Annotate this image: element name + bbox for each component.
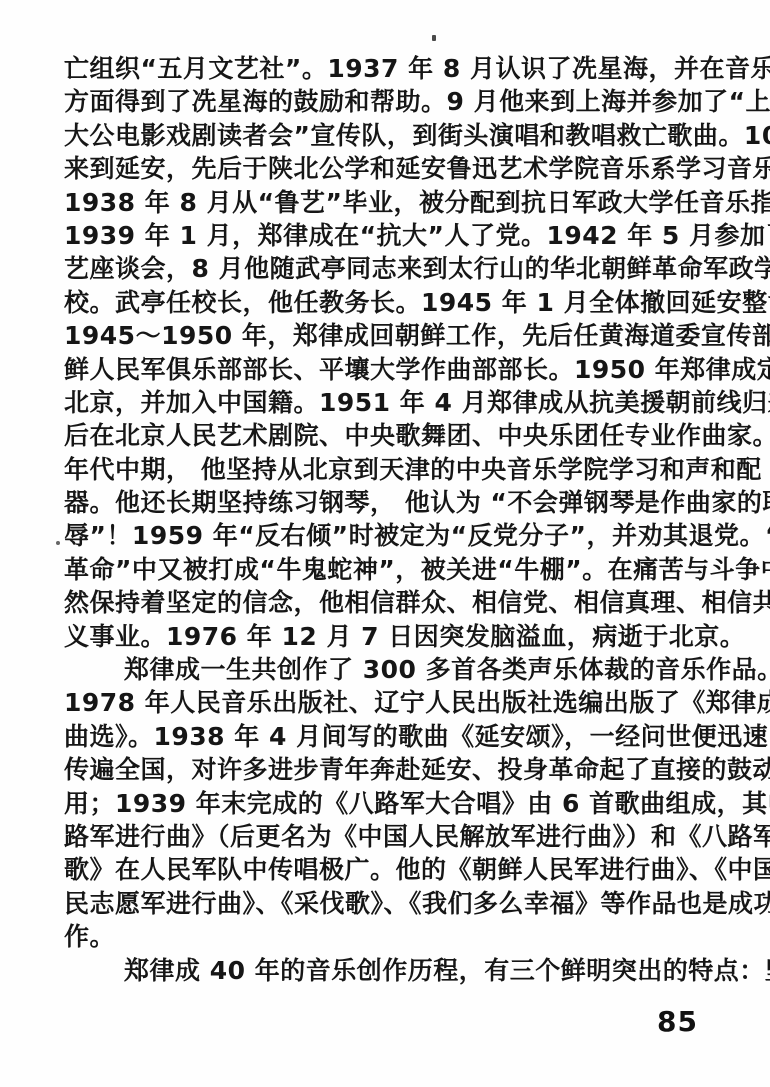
text-line: 校。武亭任校长，他任教务长。1945 年 1 月全体撤回延安整训。 (64, 286, 714, 319)
text-line: 1945～1950 年，郑律成回朝鲜工作，先后任黄海道委宣传部长、朝 (64, 319, 714, 352)
text-line: 郑律成 40 年的音乐创作历程，有三个鲜明突出的特点：坚持 (64, 954, 714, 987)
body-text: 亡组织“五月文艺社”。1937 年 8 月认识了冼星海，并在音乐事业方面得到了冼… (64, 52, 714, 987)
text-line: 用；1939 年末完成的《八路军大合唱》由 6 首歌曲组成，其中的《八 (64, 787, 714, 820)
text-line: 来到延安，先后于陕北公学和延安鲁迅艺术学院音乐系学习音乐， (64, 152, 714, 185)
text-line: 辱”！1959 年“反右倾”时被定为“反党分子”，并劝其退党。“文化大 (64, 519, 714, 552)
scan-artifact (432, 35, 436, 41)
text-line: 北京，并加入中国籍。1951 年 4 月郑律成从抗美援朝前线归来。先 (64, 386, 714, 419)
text-line: 1938 年 8 月从“鲁艺”毕业，被分配到抗日军政大学任音乐指导。 (64, 186, 714, 219)
text-line: 亡组织“五月文艺社”。1937 年 8 月认识了冼星海，并在音乐事业 (64, 52, 714, 85)
page-number: 85 (657, 1005, 698, 1038)
text-line: 作。 (64, 920, 714, 953)
text-line: 1939 年 1 月，郑律成在“抗大”人了党。1942 年 5 月参加了延安文 (64, 219, 714, 252)
paragraph: 郑律成一生共创作了 300 多首各类声乐体裁的音乐作品。1978 年人民音乐出版… (64, 653, 714, 954)
scan-artifact (56, 541, 60, 545)
paragraph: 亡组织“五月文艺社”。1937 年 8 月认识了冼星海，并在音乐事业方面得到了冼… (64, 52, 714, 653)
text-line: 年代中期， 他坚持从北京到天津的中央音乐学院学习和声和配 (64, 453, 714, 486)
text-line: 艺座谈会，8 月他随武亭同志来到太行山的华北朝鲜革命军政学 (64, 252, 714, 285)
text-line: 大公电影戏剧读者会”宣传队，到街头演唱和教唱救亡歌曲。10 月 (64, 119, 714, 152)
text-line: 1978 年人民音乐出版社、辽宁人民出版社选编出版了《郑律成歌 (64, 686, 714, 719)
text-line: 方面得到了冼星海的鼓励和帮助。9 月他来到上海并参加了“上海 (64, 85, 714, 118)
text-line: 曲选》。1938 年 4 月间写的歌曲《延安颂》，一经问世便迅速由延安 (64, 720, 714, 753)
text-line: 民志愿军进行曲》、《采伐歌》、《我们多么幸福》等作品也是成功之 (64, 887, 714, 920)
text-line: 鲜人民军俱乐部部长、平壤大学作曲部部长。1950 年郑律成定居 (64, 353, 714, 386)
document-page: 亡组织“五月文艺社”。1937 年 8 月认识了冼星海，并在音乐事业方面得到了冼… (0, 0, 770, 1087)
paragraph: 郑律成 40 年的音乐创作历程，有三个鲜明突出的特点：坚持 (64, 954, 714, 987)
text-line: 路军进行曲》（后更名为《中国人民解放军进行曲》）和《八路军军 (64, 820, 714, 853)
text-line: 后在北京人民艺术剧院、中央歌舞团、中央乐团任专业作曲家。50 (64, 419, 714, 452)
text-line: 传遍全国，对许多进步青年奔赴延安、投身革命起了直接的鼓动作 (64, 753, 714, 786)
text-line: 革命”中又被打成“牛鬼蛇神”，被关进“牛棚”。在痛苦与斗争中依 (64, 553, 714, 586)
text-line: 器。他还长期坚持练习钢琴， 他认为 “不会弹钢琴是作曲家的耻 (64, 486, 714, 519)
text-line: 义事业。1976 年 12 月 7 日因突发脑溢血，病逝于北京。 (64, 620, 714, 653)
text-line: 然保持着坚定的信念，他相信群众、相信党、相信真理、相信共产主 (64, 586, 714, 619)
text-line: 歌》在人民军队中传唱极广。他的《朝鲜人民军进行曲》、《中国人 (64, 853, 714, 886)
text-line: 郑律成一生共创作了 300 多首各类声乐体裁的音乐作品。 (64, 653, 714, 686)
